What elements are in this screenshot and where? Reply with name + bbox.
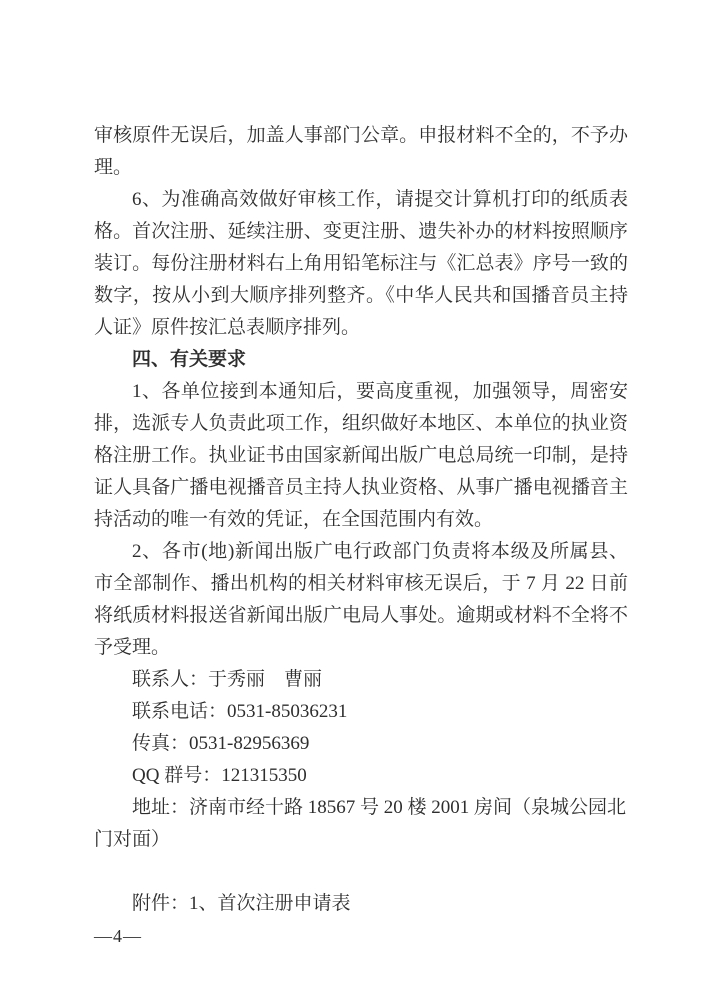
- item-6-line-3: 装订。每份注册材料右上角用铅笔标注与《汇总表》序号一致的: [94, 248, 628, 280]
- body-line-seal-2: 理。: [94, 152, 628, 184]
- attachment-line: 附件：1、首次注册申请表: [94, 888, 628, 920]
- page-number: —4—: [94, 920, 628, 952]
- address-line-2: 门对面）: [94, 824, 628, 856]
- item-6-line-4: 数字，按从小到大顺序排列整齐。《中华人民共和国播音员主持: [94, 280, 628, 312]
- item-2-line-3: 将纸质材料报送省新闻出版广电局人事处。逾期或材料不全将不: [94, 600, 628, 632]
- item-2-line-4: 予受理。: [94, 632, 628, 664]
- document-page: 审核原件无误后，加盖人事部门公章。申报材料不全的，不予办 理。 6、为准确高效做…: [0, 0, 709, 1002]
- body-line-seal-1: 审核原件无误后，加盖人事部门公章。申报材料不全的，不予办: [94, 120, 628, 152]
- item-1-line-2: 排，选派专人负责此项工作，组织做好本地区、本单位的执业资: [94, 408, 628, 440]
- fax-line: 传真：0531-82956369: [94, 728, 628, 760]
- item-6-line-2: 格。首次注册、延续注册、变更注册、遗失补办的材料按照顺序: [94, 216, 628, 248]
- item-2-line-2: 市全部制作、播出机构的相关材料审核无误后，于 7 月 22 日前: [94, 568, 628, 600]
- item-6-line-1: 6、为准确高效做好审核工作，请提交计算机打印的纸质表: [94, 184, 628, 216]
- contact-phone-line: 联系电话：0531-85036231: [94, 696, 628, 728]
- item-2-line-1: 2、各市(地)新闻出版广电行政部门负责将本级及所属县、: [94, 536, 628, 568]
- item-1-line-1: 1、各单位接到本通知后，要高度重视，加强领导，周密安: [94, 376, 628, 408]
- document-body: 审核原件无误后，加盖人事部门公章。申报材料不全的，不予办 理。 6、为准确高效做…: [94, 120, 628, 952]
- item-1-line-5: 持活动的唯一有效的凭证，在全国范围内有效。: [94, 504, 628, 536]
- address-line-1: 地址：济南市经十路 18567 号 20 楼 2001 房间（泉城公园北: [94, 792, 628, 824]
- section-heading-requirements: 四、有关要求: [94, 344, 628, 376]
- item-1-line-3: 格注册工作。执业证书由国家新闻出版广电总局统一印制，是持: [94, 440, 628, 472]
- contact-person-line: 联系人：于秀丽 曹丽: [94, 664, 628, 696]
- item-1-line-4: 证人具备广播电视播音员主持人执业资格、从事广播电视播音主: [94, 472, 628, 504]
- qq-group-line: QQ 群号：121315350: [94, 760, 628, 792]
- item-6-line-5: 人证》原件按汇总表顺序排列。: [94, 312, 628, 344]
